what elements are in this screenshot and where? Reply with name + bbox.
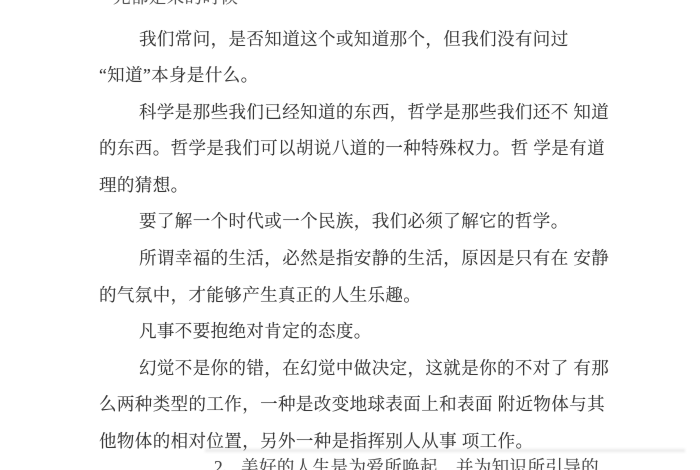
text-line: 要了解一个时代或一个民族，我们必须了解它的哲学。: [139, 211, 569, 231]
text-line: 凡事不要抱绝对肯定的态度。: [139, 321, 372, 341]
document-page: 光都是来的时候 我们常问，是否知道这个或知道那个，但我们没有问过 “知道”本身是…: [0, 0, 700, 470]
text-line: 科学是那些我们已经知道的东西，哲学是那些我们还不 知道: [139, 102, 609, 122]
text-line: 幻觉不是你的错，在幻觉中做决定，这就是你的不对了 有那: [139, 358, 609, 378]
text-line: 他物体的相对位置，另外一种是指挥别人从事 项工作。: [99, 431, 533, 451]
text-line: “知道”本身是什么。: [99, 65, 259, 85]
text-line-top-clipped: 光都是来的时候: [113, 0, 238, 7]
text-line-bottom-clipped: 2、美好的人生是为爱所唤起，并为知识所引导的: [214, 457, 599, 470]
text-line: 的东西。哲学是我们可以胡说八道的一种特殊权力。哲 学是有道: [99, 138, 605, 158]
text-line: 理的猜想。: [99, 175, 189, 195]
scan-artifact: [205, 449, 685, 452]
text-line: 的气氛中，才能够产生真正的人生乐趣。: [99, 285, 421, 305]
text-line: 我们常问，是否知道这个或知道那个，但我们没有问过: [139, 29, 569, 49]
text-line: 所谓幸福的生活，必然是指安静的生活，原因是只有在 安静: [139, 248, 609, 268]
text-line: 么两种类型的工作，一种是改变地球表面上和表面 附近物体与其: [99, 394, 605, 414]
